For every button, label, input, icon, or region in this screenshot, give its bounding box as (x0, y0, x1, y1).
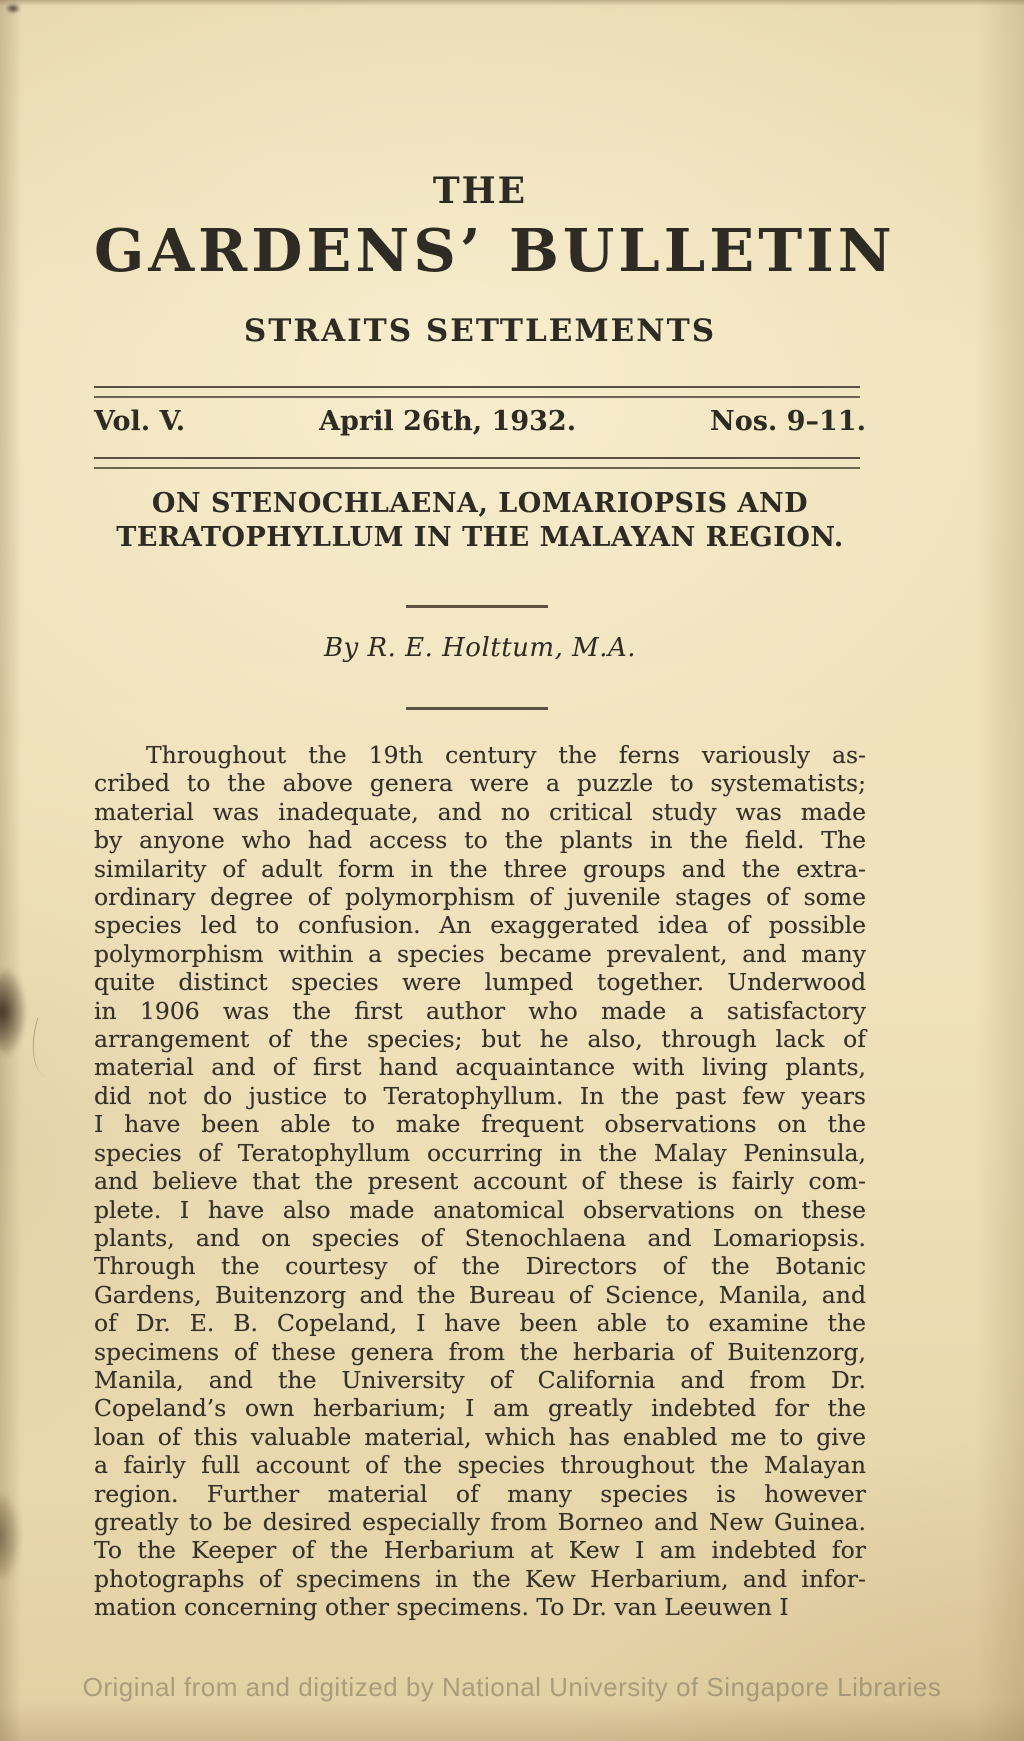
scan-edge-top (0, 0, 1024, 6)
body-text-line: region. Further material of many species… (94, 1480, 866, 1508)
body-text-line: plants, and on species of Stenochlaena a… (94, 1224, 866, 1252)
body-text-line: cribed to the above genera were a puzzle… (94, 769, 866, 797)
article-body: Throughout the 19th century the ferns va… (94, 741, 866, 1622)
body-text-line: loan of this valuable material, which ha… (94, 1423, 866, 1451)
double-rule-bottom (94, 457, 860, 469)
body-text-line: Copeland’s own herbarium; I am greatly i… (94, 1394, 866, 1422)
body-text-line: Gardens, Buitenzorg and the Bureau of Sc… (94, 1281, 866, 1309)
article-title-line1: ON STENOCHLAENA, LOMARIOPSIS AND (94, 487, 866, 521)
body-text-line: Manila, and the University of California… (94, 1366, 866, 1394)
author-byline: By R. E. Holttum, M.A. (94, 633, 866, 663)
scanned-journal-page: THE GARDENS’ BULLETIN STRAITS SETTLEMENT… (0, 0, 1024, 1741)
body-text-line: arrangement of the species; but he also,… (94, 1025, 866, 1053)
body-text-line: polymorphism within a species became pre… (94, 940, 866, 968)
issue-numbers: Nos. 9–11. (710, 406, 866, 437)
journal-subtitle: STRAITS SETTLEMENTS (94, 313, 866, 349)
binding-blotch (0, 968, 26, 1056)
body-text-line: I have been able to make frequent observ… (94, 1110, 866, 1138)
journal-title: GARDENS’ BULLETIN (94, 216, 866, 285)
masthead-the: THE (94, 170, 866, 212)
issue-line: Vol. V. April 26th, 1932. Nos. 9–11. (94, 406, 866, 437)
body-text-line: by anyone who had access to the plants i… (94, 826, 866, 854)
body-text-line: of Dr. E. B. Copeland, I have been able … (94, 1309, 866, 1337)
body-text-line: quite distinct species were lumped toget… (94, 968, 866, 996)
body-text-line: material was inadequate, and no critical… (94, 798, 866, 826)
body-text-line: To the Keeper of the Herbarium at Kew I … (94, 1536, 866, 1564)
body-text-line: material and of first hand acquaintance … (94, 1053, 866, 1081)
article-title: ON STENOCHLAENA, LOMARIOPSIS AND TERATOP… (94, 487, 866, 555)
scan-edge-bottom (0, 1701, 1024, 1741)
body-text-line: Through the courtesy of the Directors of… (94, 1252, 866, 1280)
body-text-line: similarity of adult form in the three gr… (94, 855, 866, 883)
body-text-line: did not do justice to Teratophyllum. In … (94, 1082, 866, 1110)
scan-edge-left (0, 0, 22, 1741)
body-text-line: in 1906 was the first author who made a … (94, 997, 866, 1025)
double-rule-top (94, 386, 860, 398)
scan-edge-right (976, 0, 1024, 1741)
body-text-line: Throughout the 19th century the ferns va… (94, 741, 866, 769)
body-text-line: ordinary degree of polymorphism of juven… (94, 883, 866, 911)
digitization-watermark: Original from and digitized by National … (0, 1672, 1024, 1703)
corner-ink-spot (5, 3, 21, 14)
body-text-line: photographs of specimens in the Kew Herb… (94, 1565, 866, 1593)
body-text-line: greatly to be desired especially from Bo… (94, 1508, 866, 1536)
article-title-line2: TERATOPHYLLUM IN THE MALAYAN REGION. (94, 521, 866, 555)
separator-rule-above-byline (406, 605, 548, 608)
volume-label: Vol. V. (94, 406, 185, 437)
body-text-line: a fairly full account of the species thr… (94, 1451, 866, 1479)
body-text-line: plete. I have also made anatomical obser… (94, 1196, 866, 1224)
body-text-line: specimens of these genera from the herba… (94, 1338, 866, 1366)
body-text-line: species of Teratophyllum occurring in th… (94, 1139, 866, 1167)
body-text-line: mation concerning other specimens. To Dr… (94, 1593, 866, 1621)
body-text-line: and believe that the present account of … (94, 1167, 866, 1195)
separator-rule-below-byline (406, 707, 548, 710)
issue-date: April 26th, 1932. (319, 406, 576, 437)
paper-scratch (24, 1018, 64, 1079)
body-text-line: species led to confusion. An exaggerated… (94, 911, 866, 939)
